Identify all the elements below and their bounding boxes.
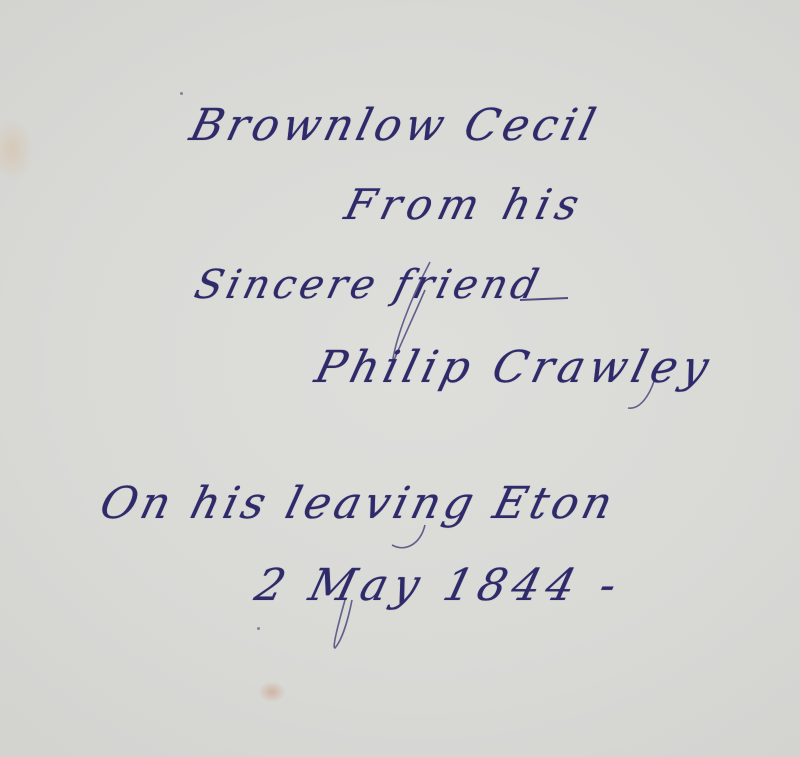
date-line: 2 May 1844 - xyxy=(250,560,628,611)
from-line: From his xyxy=(340,180,590,229)
sentiment-line: Sincere friend xyxy=(190,262,547,308)
recipient-name: Brownlow Cecil xyxy=(185,100,604,151)
inscription-page: Brownlow Cecil From his Sincere friend P… xyxy=(0,0,800,757)
ink-speck xyxy=(257,627,260,630)
ink-speck xyxy=(180,92,183,95)
signature: Philip Crawley xyxy=(310,342,719,393)
occasion-line: On his leaving Eton xyxy=(95,478,621,529)
